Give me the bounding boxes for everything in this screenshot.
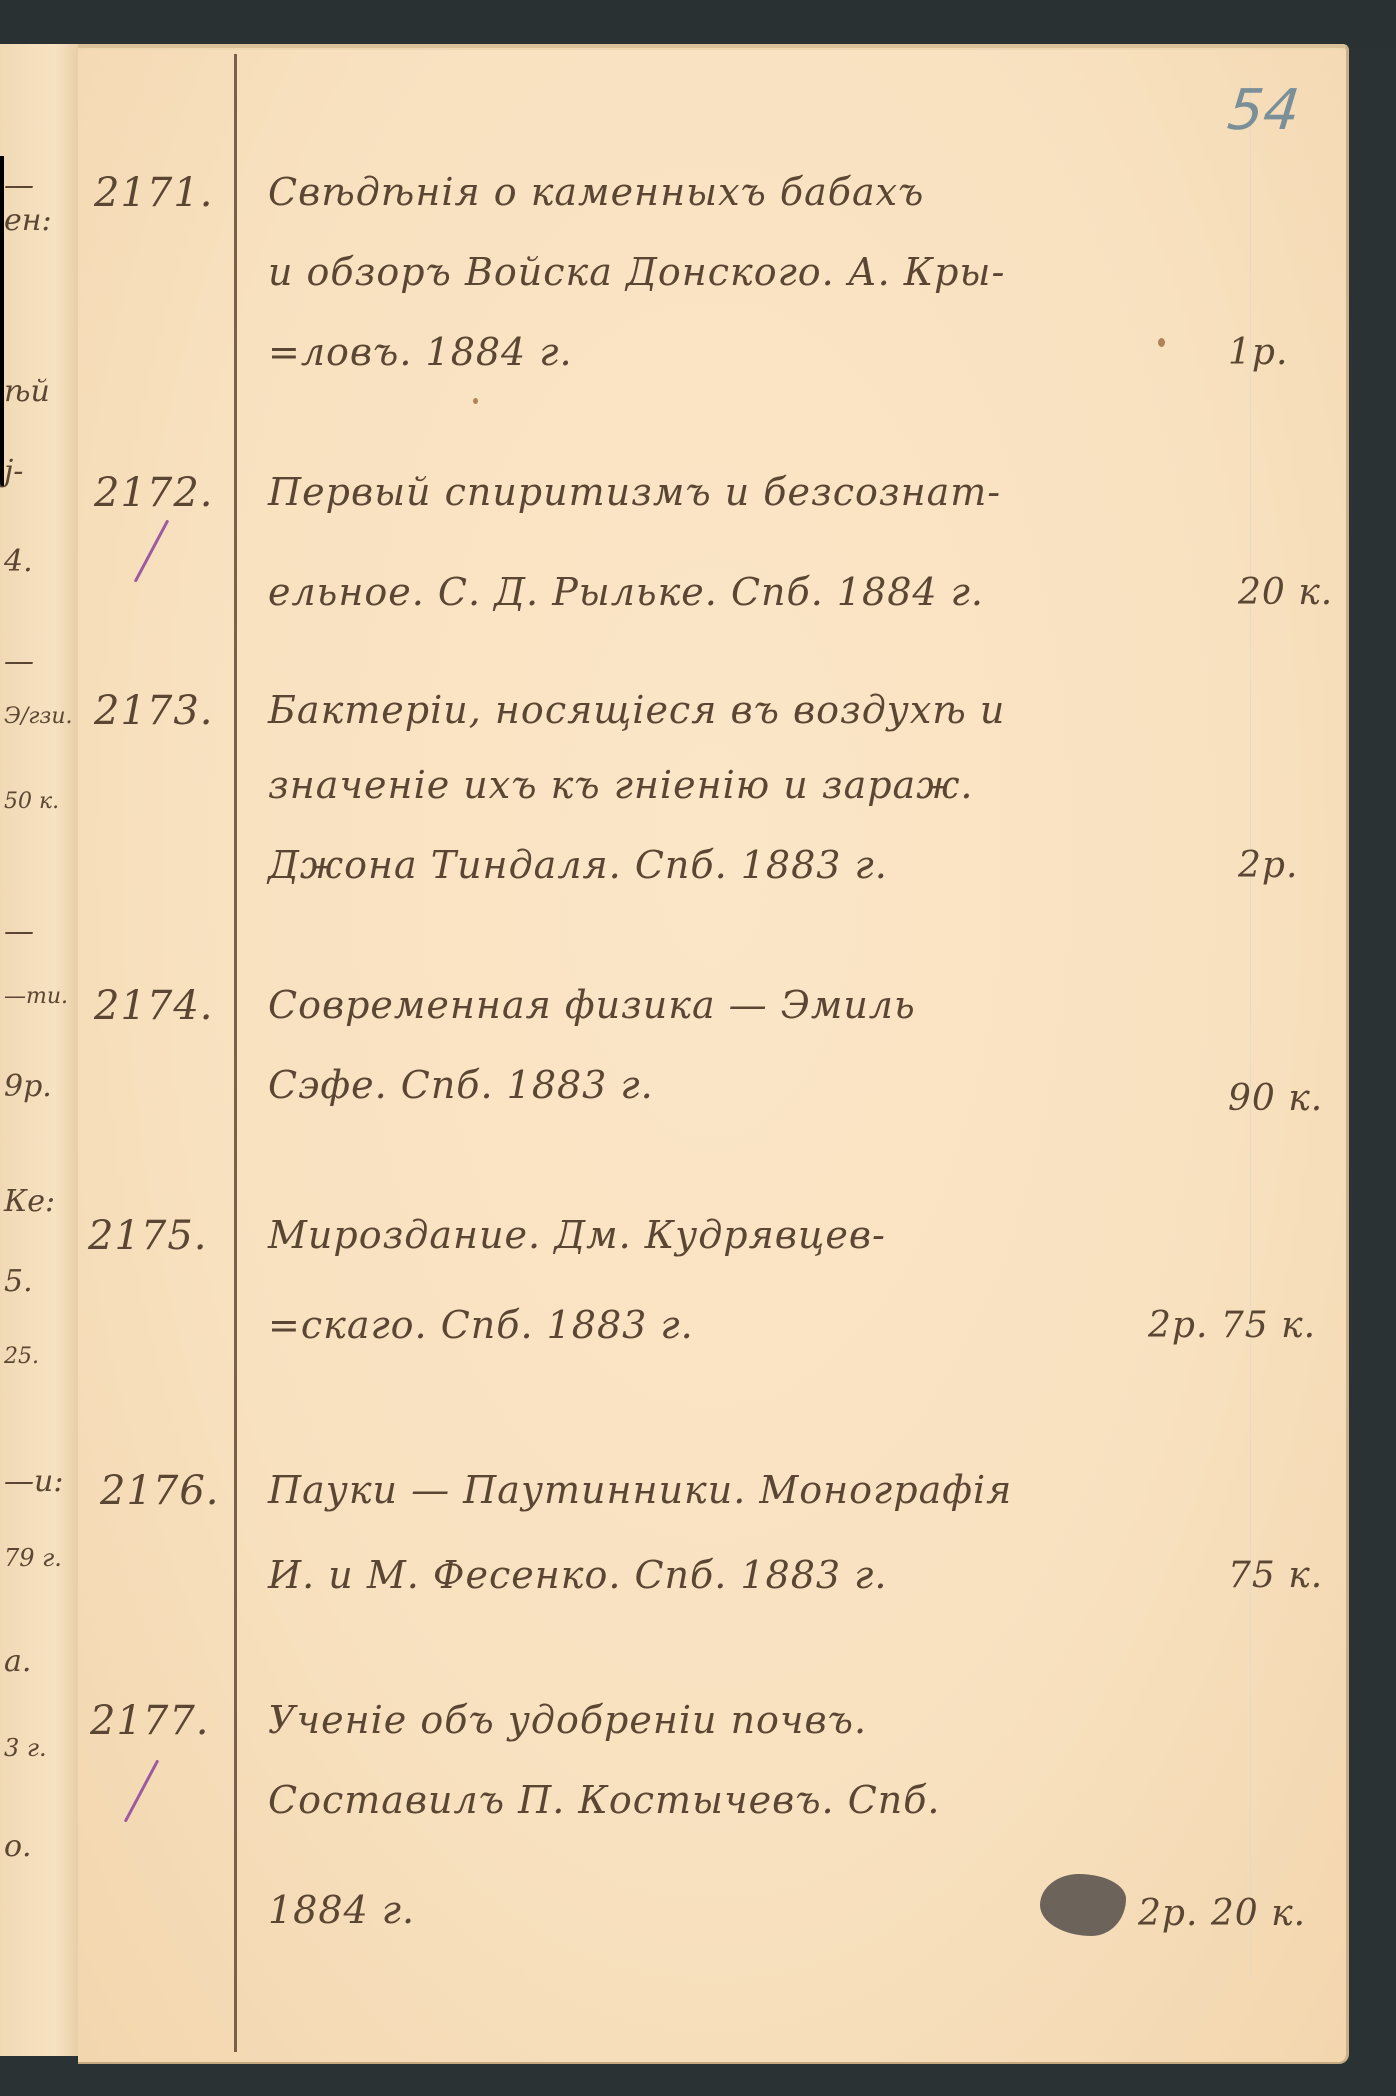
ledger-page: 54 2171. Свѣдѣнія о каменныхъ бабахъ и о… <box>78 44 1349 2064</box>
left-fragment: Ке: <box>4 1184 55 1219</box>
entry-line: Сэфе. Спб. 1883 г. <box>268 1063 654 1107</box>
entry-line: Первый спиритизмъ и безсознат- <box>268 470 1001 514</box>
entry-line: Бактеріи, носящіеся въ воздухѣ и <box>268 688 1005 732</box>
page-number: 54 <box>1225 78 1303 143</box>
left-fragment: 25. <box>4 1344 39 1369</box>
entry-price: 2р. <box>1238 845 1298 886</box>
entry-line: Современная физика — Эмиль <box>268 983 916 1027</box>
paper-spot <box>1158 338 1165 347</box>
left-fragment: 79 г. <box>4 1544 62 1572</box>
check-mark-icon <box>124 1759 160 1822</box>
entry-line: Свѣдѣнія о каменныхъ бабахъ <box>268 170 924 214</box>
entry-price: 20 к. <box>1238 572 1333 613</box>
entry-price: 90 к. <box>1228 1078 1323 1119</box>
entry-line: Пауки — Паутинники. Монографія <box>268 1468 1012 1512</box>
left-fragment: о. <box>4 1829 32 1864</box>
left-fragment: —ти. <box>4 984 68 1009</box>
previous-page-strip: —ен: ѣй ј- 4. — Э/гзи. 50 к. — —ти. 9р. … <box>0 44 80 2056</box>
entry-line: =скаго. Спб. 1883 г. <box>268 1303 694 1347</box>
entry-line: Мироздание. Дм. Кудрявцев- <box>268 1213 886 1257</box>
left-fragment: а. <box>4 1644 31 1679</box>
entry-price: 2р. 20 к. <box>1138 1893 1306 1934</box>
entry-number: 2173. <box>94 688 214 734</box>
entry-price: 2р. 75 к. <box>1148 1305 1316 1346</box>
entry-line: =ловъ. 1884 г. <box>268 330 573 374</box>
left-fragment: 50 к. <box>4 789 59 814</box>
entry-number: 2171. <box>94 170 214 216</box>
ink-stain <box>1040 1874 1126 1936</box>
book-binding-top <box>0 0 1396 48</box>
left-fragment: 9р. <box>4 1069 52 1104</box>
left-fragment: ј- <box>4 454 23 489</box>
entry-line: ельное. С. Д. Рыльке. Спб. 1884 г. <box>268 570 984 614</box>
paper-spot <box>473 398 478 404</box>
left-fragment: —ен: <box>4 168 78 238</box>
entry-line: и обзоръ Войска Донского. А. Кры- <box>268 250 1005 294</box>
left-fragment: 3 г. <box>4 1734 47 1762</box>
entry-line: значеніе ихъ къ гніенію и зараж. <box>268 763 973 807</box>
entry-line: И. и М. Фесенко. Спб. 1883 г. <box>268 1553 887 1597</box>
entry-line: 1884 г. <box>268 1888 415 1932</box>
entry-number: 2177. <box>90 1698 210 1744</box>
entry-line: Составилъ П. Костычевъ. Спб. <box>268 1778 941 1822</box>
entry-price: 1р. <box>1228 332 1288 373</box>
entry-number: 2172. <box>94 470 214 516</box>
margin-rule <box>234 54 237 2052</box>
entry-line: Джона Тиндаля. Спб. 1883 г. <box>268 843 888 887</box>
left-fragment: — <box>4 644 34 679</box>
left-fragment: 4. <box>4 544 33 579</box>
left-fragment: — <box>4 914 34 949</box>
left-fragment: 5. <box>4 1264 33 1299</box>
check-mark-icon <box>134 519 170 582</box>
left-fragment: ѣй <box>4 374 50 409</box>
entry-line: Ученіе объ удобреніи почвъ. <box>268 1698 867 1742</box>
entry-price: 75 к. <box>1228 1555 1323 1596</box>
left-fragment: —и: <box>4 1464 63 1499</box>
entry-number: 2174. <box>94 983 214 1029</box>
entry-number: 2176. <box>100 1468 220 1514</box>
left-fragment: Э/гзи. <box>4 704 73 729</box>
entry-number: 2175. <box>88 1213 208 1259</box>
